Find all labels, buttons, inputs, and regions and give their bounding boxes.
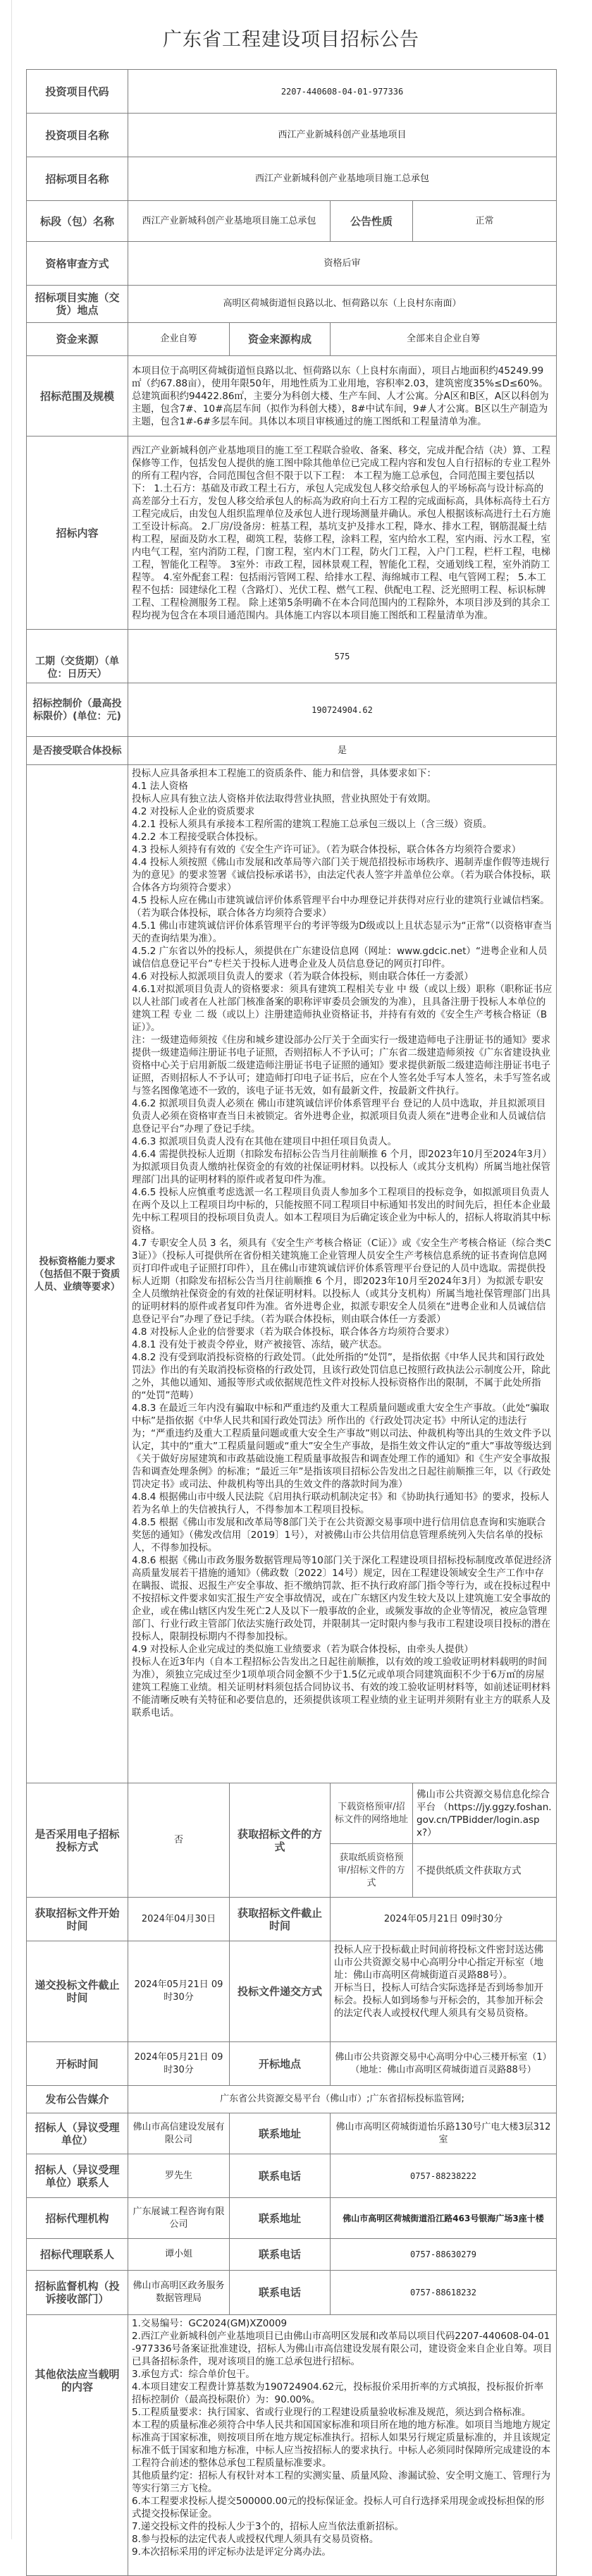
- label-agency-address: 联系地址: [230, 2198, 331, 2239]
- label-funding: 资金来源: [27, 323, 128, 356]
- label-download-url: 下载资格预审/招标文件的网络地址: [331, 1783, 413, 1844]
- value-tenderer-contact: 罗先生: [128, 2154, 230, 2198]
- page-left-rule: [11, 0, 12, 2539]
- label-other: 其他依法应当载明的内容: [27, 2315, 128, 2576]
- row-agency: 招标代理机构 广东展诚工程咨询有限公司 联系地址 佛山市高明区荷城街道沿江路46…: [27, 2198, 557, 2239]
- row-funding: 资金来源 企业自筹 资金来源构成 全部来自企业自筹: [27, 323, 557, 356]
- value-content: 西江产业新城科创产业基地项目的施工至工程联合验收、备案、移交，完成并配合结（决）…: [128, 437, 557, 630]
- label-project-code: 投资项目代码: [27, 70, 128, 114]
- page-title: 广东省工程建设项目招标公告: [26, 0, 556, 69]
- submission-para: 开标当日，投标人可结合实际选择是否到场参加开标会。投标人如到场参与开标会的，其参…: [334, 1982, 553, 2020]
- value-funding-composition: 全部来自企业自筹: [331, 323, 557, 356]
- row-control-price: 招标控制价（最高投标限价）(单位：元) 190724904.62: [27, 683, 557, 737]
- row-content: 招标内容 西江产业新城科创产业基地项目的施工至工程联合验收、备案、移交，完成并配…: [27, 437, 557, 630]
- qual-para: 4.8.2 没有受到取消投标资格的行政处罚。（此处所指的“处罚”，是指依据《中华…: [132, 1351, 553, 1402]
- label-content: 招标内容: [27, 437, 128, 630]
- value-tenderer-phone: 0757-88238222: [331, 2154, 557, 2198]
- notice-table: 投资项目代码 2207-440608-04-01-977336 投资项目名称 西…: [26, 69, 557, 2576]
- label-consortium: 是否接受联合体投标: [27, 737, 128, 765]
- row-submission: 递交投标文件截止时间 2024年05月21日 09时30分 投标文件递交方式 投…: [27, 1941, 557, 2042]
- qual-para: 4.5.2 广东省以外的投标人，须提供在广东建设信息网（网址：www.gdcic…: [132, 945, 553, 970]
- label-tenderer-phone: 联系电话: [230, 2154, 331, 2198]
- row-tenderer-contact: 招标人（异议受理单位）联系人 罗先生 联系电话 0757-88238222: [27, 2154, 557, 2198]
- row-opening: 开标时间 2024年05月21日 09时30分 开标地点 佛山市公共资源交易中心…: [27, 2042, 557, 2086]
- row-tender-project-name: 招标项目名称 西江产业新城科创产业基地项目施工总承包: [27, 157, 557, 201]
- row-project-code: 投资项目代码 2207-440608-04-01-977336: [27, 70, 557, 114]
- qual-para: 4.5 投标人应在佛山市建筑诚信评价体系管理平台中办理登记并获得对应行业的建筑行…: [132, 894, 553, 920]
- other-para: 2.西江产业新城科创产业基地项目已由佛山市高明区发展和改革局以项目代码2207-…: [132, 2330, 553, 2368]
- label-funding-composition: 资金来源构成: [230, 323, 331, 356]
- value-opening-place: 佛山市公共资源交易中心高明分中心三楼开标室（1）（地址：佛山市高明区荷城街道百灵…: [331, 2042, 557, 2086]
- qual-para: 4.6.4 需提供投标人近期（扣除发布招标公告当月往前顺推 6 个月，即2023…: [132, 1148, 553, 1186]
- value-opening-time: 2024年05月21日 09时30分: [128, 2042, 230, 2086]
- other-para: 本工程的质量标准必须符合中华人民共和国国家标准和项目所在地的地方标准。如项目当地…: [132, 2419, 553, 2470]
- row-location: 招标项目实施（交货）地点 高明区荷城街道恒良路以北、恒荷路以东（上良村东南面）: [27, 286, 557, 323]
- label-tender-project-name: 招标项目名称: [27, 157, 128, 201]
- link-download-url[interactable]: 佛山市公共资源交易信息化综合平台 （https://jy.ggzy.foshan…: [413, 1783, 557, 1844]
- other-para: 其他质量约定：招标人有权针对本工程的实测实量、质量风险、渗漏试验、安全明文施工、…: [132, 2470, 553, 2495]
- qual-para: 4.3 投标人须持有有效的《安全生产许可证》。（若为联合体投标，联合体各方均须符…: [132, 843, 553, 856]
- label-duration: 工期（交货期）（单位：日历天）: [27, 630, 128, 683]
- qual-para: 4.5.1 佛山市建筑诚信评价体系管理平台的考评等级为D级或以上且状态显示为“正…: [132, 920, 553, 945]
- row-tenderer: 招标人（异议受理单位） 佛山市高信建设发展有限公司 联系地址 佛山市高明区荷城街…: [27, 2113, 557, 2154]
- value-obtain-start: 2024年04月30日: [128, 1898, 230, 1941]
- label-paper-method: 获取纸质资格预审/招标文件的方式: [331, 1844, 413, 1898]
- value-agency-phone: 0757-88630279: [331, 2239, 557, 2271]
- qual-para: 4.4 投标人须按照《佛山市发展和改革局等六部门关于规范招投标市场秩序、遏制弄虚…: [132, 856, 553, 894]
- value-agency: 广东展诚工程咨询有限公司: [128, 2198, 230, 2239]
- row-qualification-review: 资格审查方式 资格后审: [27, 242, 557, 286]
- qual-para: 注：一级建造师须按《住房和城乡建设部办公厅关于全面实行一级建造师电子注册证书的通…: [132, 1034, 553, 1097]
- label-obtain-end: 获取招标文件截止时间: [230, 1898, 331, 1941]
- value-location: 高明区荷城街道恒良路以北、恒荷路以东（上良村东南面）: [128, 286, 557, 323]
- value-agency-contact: 谭小姐: [128, 2239, 230, 2271]
- qual-para: 4.6.5 投标人应慎重考虑选派一名工程项目负责人参加多个工程项目的投标竞争，如…: [132, 1186, 553, 1237]
- value-qualification-review: 资格后审: [128, 242, 557, 286]
- other-para: 1.交易编号：GC2024(GM)XZ0009: [132, 2317, 553, 2330]
- qual-para: 4.8.1 没有处于被责令停业，财产被接管、冻结，破产状态。: [132, 1338, 553, 1351]
- qual-para: 投标人应具备承担本工程施工的资质条件、能力和信誉，具体要求如下：: [132, 767, 553, 780]
- qual-para: 投标人应具有独立法人资格并依法取得营业执照，营业执照处于有效期。: [132, 793, 553, 805]
- row-agency-contact: 招标代理联系人 谭小姐 联系电话 0757-88630279: [27, 2239, 557, 2271]
- value-project-name: 西江产业新城科创产业基地项目: [128, 114, 557, 157]
- qual-para: 4.8.3 在最近三年内没有骗取中标和严重违约及重大工程质量问题或重大安全生产事…: [132, 1402, 553, 1491]
- row-consortium: 是否接受联合体投标 是: [27, 737, 557, 765]
- notice-page: 广东省工程建设项目招标公告 投资项目代码 2207-440608-04-01-9…: [26, 0, 556, 2576]
- label-obtain-method: 获取招标文件的方式: [230, 1783, 331, 1898]
- label-supervisor: 招标监督机构（投诉接收部门）: [27, 2271, 128, 2315]
- value-section-name: 西江产业新城科创产业基地项目施工总承包: [128, 201, 331, 242]
- label-qualification-requirements: 投标资格能力要求（包括但不限于资质人员、业绩等要求）: [27, 765, 128, 1783]
- other-para: 5.工程质量要求：执行国家、省或行业现行的工程建设质量验收标准及规范，须达到合格…: [132, 2406, 553, 2419]
- other-para: 7.递交投标文件的投标人少于3个的，招标人应当依法重新招标。: [132, 2520, 553, 2533]
- label-control-price: 招标控制价（最高投标限价）(单位：元): [27, 683, 128, 737]
- label-media: 发布公告媒介: [27, 2086, 128, 2113]
- label-tenderer: 招标人（异议受理单位）: [27, 2113, 128, 2154]
- label-project-name: 投资项目名称: [27, 114, 128, 157]
- row-scope: 招标范围及规模 本项目位于高明区荷城街道恒良路以北、恒荷路以东（上良村东南面），…: [27, 356, 557, 437]
- label-agency-contact: 招标代理联系人: [27, 2239, 128, 2271]
- label-electronic: 是否采用电子招标投标方式: [27, 1783, 128, 1898]
- label-agency: 招标代理机构: [27, 2198, 128, 2239]
- label-obtain-start: 获取招标文件开始时间: [27, 1898, 128, 1941]
- qual-para: 4.2.2 本工程接受联合体投标。: [132, 831, 553, 843]
- value-consortium: 是: [128, 737, 557, 765]
- qual-para: 4.8.4 根据佛山市中级人民法院《启用执行联动机制决定书》和《协助执行通知书》…: [132, 1491, 553, 1516]
- label-supervisor-phone: 联系电话: [230, 2271, 331, 2315]
- row-duration: 工期（交货期）（单位：日历天） 575: [27, 630, 557, 683]
- value-funding: 企业自筹: [128, 323, 230, 356]
- value-paper-method: 不提供纸质文件获取方式: [413, 1844, 557, 1898]
- value-tenderer: 佛山市高信建设发展有限公司: [128, 2113, 230, 2154]
- value-qualification-requirements: 投标人应具备承担本工程施工的资质条件、能力和信誉，具体要求如下： 4.1 法人资…: [128, 765, 557, 1783]
- label-tenderer-address: 联系地址: [230, 2113, 331, 2154]
- other-para: 4.本项目建安工程费计算基数为190724904.62元，投标报价采用折率的方式…: [132, 2381, 553, 2406]
- value-submission-method: 投标人应于投标截止时间前将投标文件密封送达佛山市公共资源交易中心高明分中心指定开…: [331, 1941, 557, 2042]
- row-other: 其他依法应当载明的内容 1.交易编号：GC2024(GM)XZ0009 2.西江…: [27, 2315, 557, 2576]
- qual-para: 4.6.3 拟派项目负责人没有在其他在建项目中担任项目负责人。: [132, 1135, 553, 1148]
- value-submission-deadline: 2024年05月21日 09时30分: [128, 1941, 230, 2042]
- other-para: 3.承包方式：综合单价包干。: [132, 2368, 553, 2381]
- value-obtain-end: 2024年05月21日 09时30分: [331, 1898, 557, 1941]
- label-tenderer-contact: 招标人（异议受理单位）联系人: [27, 2154, 128, 2198]
- label-submission-method: 投标文件递交方式: [230, 1941, 331, 2042]
- row-section-name: 标段（包）名称 西江产业新城科创产业基地项目施工总承包 公告性质 正常: [27, 201, 557, 242]
- row-obtain-time: 获取招标文件开始时间 2024年04月30日 获取招标文件截止时间 2024年0…: [27, 1898, 557, 1941]
- label-scope: 招标范围及规模: [27, 356, 128, 437]
- other-para: 6.本工程要求投标人提交500000.00元的投标保证金。投标人可自行选择采用现…: [132, 2495, 553, 2520]
- value-tender-project-name: 西江产业新城科创产业基地项目施工总承包: [128, 157, 557, 201]
- label-qualification-review: 资格审查方式: [27, 242, 128, 286]
- row-supervisor: 招标监督机构（投诉接收部门） 佛山市高明区政务服务数据管理局 联系电话 0757…: [27, 2271, 557, 2315]
- qual-para: 4.1 法人资格: [132, 780, 553, 793]
- value-tenderer-address: 佛山市高明区荷城街道怡乐路130号广电大楼3层312室: [331, 2113, 557, 2154]
- qual-para: 4.7 专职安全人员 3 名，须具有《安全生产考核合格证（C证）》或《安全生产考…: [132, 1237, 553, 1326]
- value-control-price: 190724904.62: [128, 683, 557, 737]
- other-para: 9.本次招标采用的评定标办法是评定分离办法。: [132, 2546, 553, 2558]
- label-section-name: 标段（包）名称: [27, 201, 128, 242]
- value-supervisor-phone: 0757-88618232: [331, 2271, 557, 2315]
- row-electronic-download: 是否采用电子招标投标方式 否 获取招标文件的方式 下载资格预审/招标文件的网络地…: [27, 1783, 557, 1844]
- value-agency-address: 佛山市高明区荷城街道沿江路463号银海广场3座十楼: [331, 2198, 557, 2239]
- qual-para: 4.6 对投标人拟派项目负责人的要求（若为联合体投标，则由联合体任一方委派）: [132, 970, 553, 983]
- label-agency-phone: 联系电话: [230, 2239, 331, 2271]
- value-project-code: 2207-440608-04-01-977336: [128, 70, 557, 114]
- qual-para: 4.9 对投标人企业完成过的类似施工业绩要求（若为联合体投标，由牵头人提供）: [132, 1643, 553, 1656]
- qual-para: 投标人在近3年内（自本工程招标公告发出之日起往前顺推，以有效的竣工验收证明材料载…: [132, 1656, 553, 1719]
- label-opening-place: 开标地点: [230, 2042, 331, 2086]
- row-media: 发布公告媒介 广东省公共资源交易平台（佛山市）;广东省招标投标监管网;: [27, 2086, 557, 2113]
- qual-para: 4.8.6 根据《佛山市政务服务数据管理局等10部门关于深化工程建设项目招标投标…: [132, 1554, 553, 1643]
- qual-para: 4.2.1 投标人须具有承接本工程所需的建筑工程施工总承包三级以上（含三级）资质…: [132, 818, 553, 831]
- label-opening-time: 开标时间: [27, 2042, 128, 2086]
- other-para: 8.参与投标的法定代表人或授权代理人须具有交易员资格。: [132, 2533, 553, 2546]
- value-other: 1.交易编号：GC2024(GM)XZ0009 2.西江产业新城科创产业基地项目…: [128, 2315, 557, 2576]
- qual-para: 4.6.1对拟派项目负责人的资格要求：须具有建筑工程相关专业 中 级（或以上级）…: [132, 983, 553, 1034]
- qual-para: 4.6.2 拟派项目负责人必须在 佛山市建筑诚信评价体系管理平台 登记的人员中选…: [132, 1097, 553, 1135]
- qual-para: 4.8.5 根据《佛山市发展和改革局等8部门关于在公共资源交易事项中进行信用信息…: [132, 1516, 553, 1554]
- qual-para: 4.2 对投标人企业的资质要求: [132, 805, 553, 818]
- value-supervisor: 佛山市高明区政务服务数据管理局: [128, 2271, 230, 2315]
- label-location: 招标项目实施（交货）地点: [27, 286, 128, 323]
- label-notice-nature: 公告性质: [331, 201, 413, 242]
- label-submission-deadline: 递交投标文件截止时间: [27, 1941, 128, 2042]
- submission-para: 投标人应于投标截止时间前将投标文件密封送达佛山市公共资源交易中心高明分中心指定开…: [334, 1943, 553, 1982]
- row-qualification-requirements: 投标资格能力要求（包括但不限于资质人员、业绩等要求） 投标人应具备承担本工程施工…: [27, 765, 557, 1783]
- qual-para: 4.8 对投标人企业的信誉要求（若为联合体投标，联合体各方均须符合要求）: [132, 1326, 553, 1338]
- row-project-name: 投资项目名称 西江产业新城科创产业基地项目: [27, 114, 557, 157]
- value-scope: 本项目位于高明区荷城街道恒良路以北、恒荷路以东（上良村东南面），项目占地面积约4…: [128, 356, 557, 437]
- value-electronic: 否: [128, 1783, 230, 1898]
- value-notice-nature: 正常: [413, 201, 557, 242]
- value-media: 广东省公共资源交易平台（佛山市）;广东省招标投标监管网;: [128, 2086, 557, 2113]
- value-duration: 575: [128, 630, 557, 683]
